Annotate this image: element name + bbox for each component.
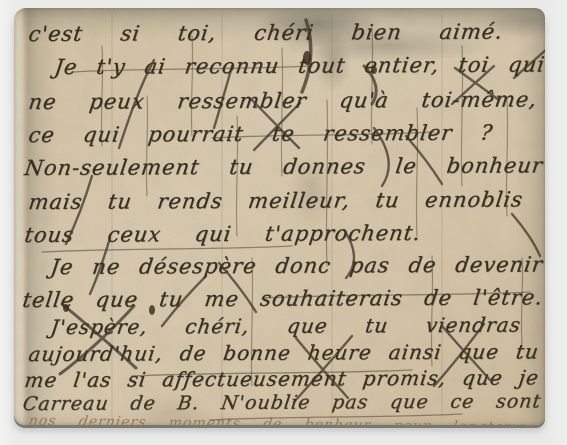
scan-background: c'est si toi, chéri bien aimé. Je t'y ai… bbox=[0, 0, 567, 445]
handwritten-line-1: c'est si toi, chéri bien aimé. bbox=[27, 22, 504, 45]
handwritten-line-4: ce qui pourrait te ressembler ? bbox=[27, 123, 494, 146]
letter-card: c'est si toi, chéri bien aimé. Je t'y ai… bbox=[14, 8, 545, 425]
handwritten-line-3: ne peux ressembler qu'à toi-même, bbox=[27, 89, 538, 113]
handwritten-line-2: Je t'y ai reconnu tout entier, toi qui bbox=[53, 54, 545, 78]
handwritten-line-10: J'espère, chéri, que tu viendras bbox=[49, 315, 522, 337]
handwritten-line-12: me l'as si affectueusement promis, que j… bbox=[23, 367, 540, 390]
handwritten-line-5: Non-seulement tu donnes le bonheur bbox=[23, 155, 544, 179]
handwritten-line-14: nos derniers moments de bonheur pour lon… bbox=[28, 414, 537, 425]
handwritten-line-11: aujourd'hui, de bonne heure ainsi que tu bbox=[27, 341, 540, 364]
handwritten-line-8: Je ne désespère donc pas de devenir bbox=[49, 254, 544, 278]
handwritten-line-6: mais tu rends meilleur, tu ennoblis bbox=[27, 189, 524, 213]
handwritten-line-7: tous ceux qui t'approchent. bbox=[23, 223, 422, 246]
handwritten-line-13: Carreau de B. N'oublie pas que ce sont bbox=[21, 392, 542, 414]
handwritten-line-9: telle que tu me souhaiterais de l'être. bbox=[21, 287, 544, 311]
